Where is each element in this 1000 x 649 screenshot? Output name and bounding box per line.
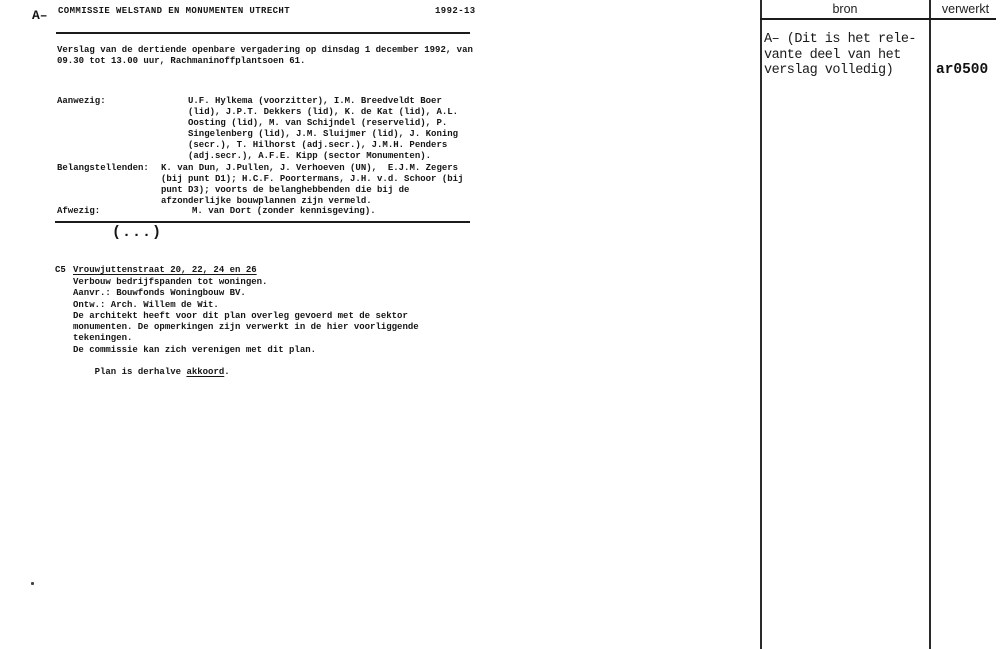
margin-mark-a: A– <box>32 10 48 21</box>
meeting-intro-paragraph: Verslag van de dertiende openbare vergad… <box>57 45 473 67</box>
afwezig-value: M. van Dort (zonder kennisgeving). <box>192 206 376 217</box>
item-c5-body: Verbouw bedrijfspanden tot woningen. Aan… <box>73 277 419 356</box>
margin-table-left-border <box>760 0 762 649</box>
verdict-word-akkoord: akkoord <box>186 367 224 377</box>
verdict-suffix: . <box>224 367 229 377</box>
omission-ellipsis: (...) <box>112 227 162 238</box>
bron-annotation-note: A– (Dit is het rele- vante deel van het … <box>764 32 916 79</box>
margin-table-header-underline <box>760 18 996 20</box>
item-c5-verdict: Plan is derhalve akkoord. <box>73 356 230 389</box>
bron-column-header: bron <box>761 2 929 16</box>
afwezig-label: Afwezig: <box>57 206 100 217</box>
belangstellenden-value: K. van Dun, J.Pullen, J. Verhoeven (UN),… <box>161 163 463 207</box>
item-c5-title: Vrouwjuttenstraat 20, 22, 24 en 26 <box>73 265 257 276</box>
item-c5-id: C5 <box>55 265 66 276</box>
document-header-title: COMMISSIE WELSTAND EN MONUMENTEN UTRECHT <box>58 6 290 17</box>
margin-table-column-divider <box>929 0 931 649</box>
verwerkt-column-header: verwerkt <box>931 2 1000 16</box>
document-header-number: 1992-13 <box>435 6 476 17</box>
header-divider-line <box>56 32 470 34</box>
verwerkt-archive-code: ar0500 <box>936 62 988 78</box>
aanwezig-value: U.F. Hylkema (voorzitter), I.M. Breedvel… <box>188 96 458 162</box>
section-divider-line <box>55 221 470 223</box>
scanned-document-page: A– COMMISSIE WELSTAND EN MONUMENTEN UTRE… <box>0 0 1000 649</box>
verdict-prefix: Plan is derhalve <box>95 367 187 377</box>
aanwezig-label: Aanwezig: <box>57 96 106 107</box>
scan-speck <box>31 582 34 585</box>
belangstellenden-label: Belangstellenden: <box>57 163 149 174</box>
